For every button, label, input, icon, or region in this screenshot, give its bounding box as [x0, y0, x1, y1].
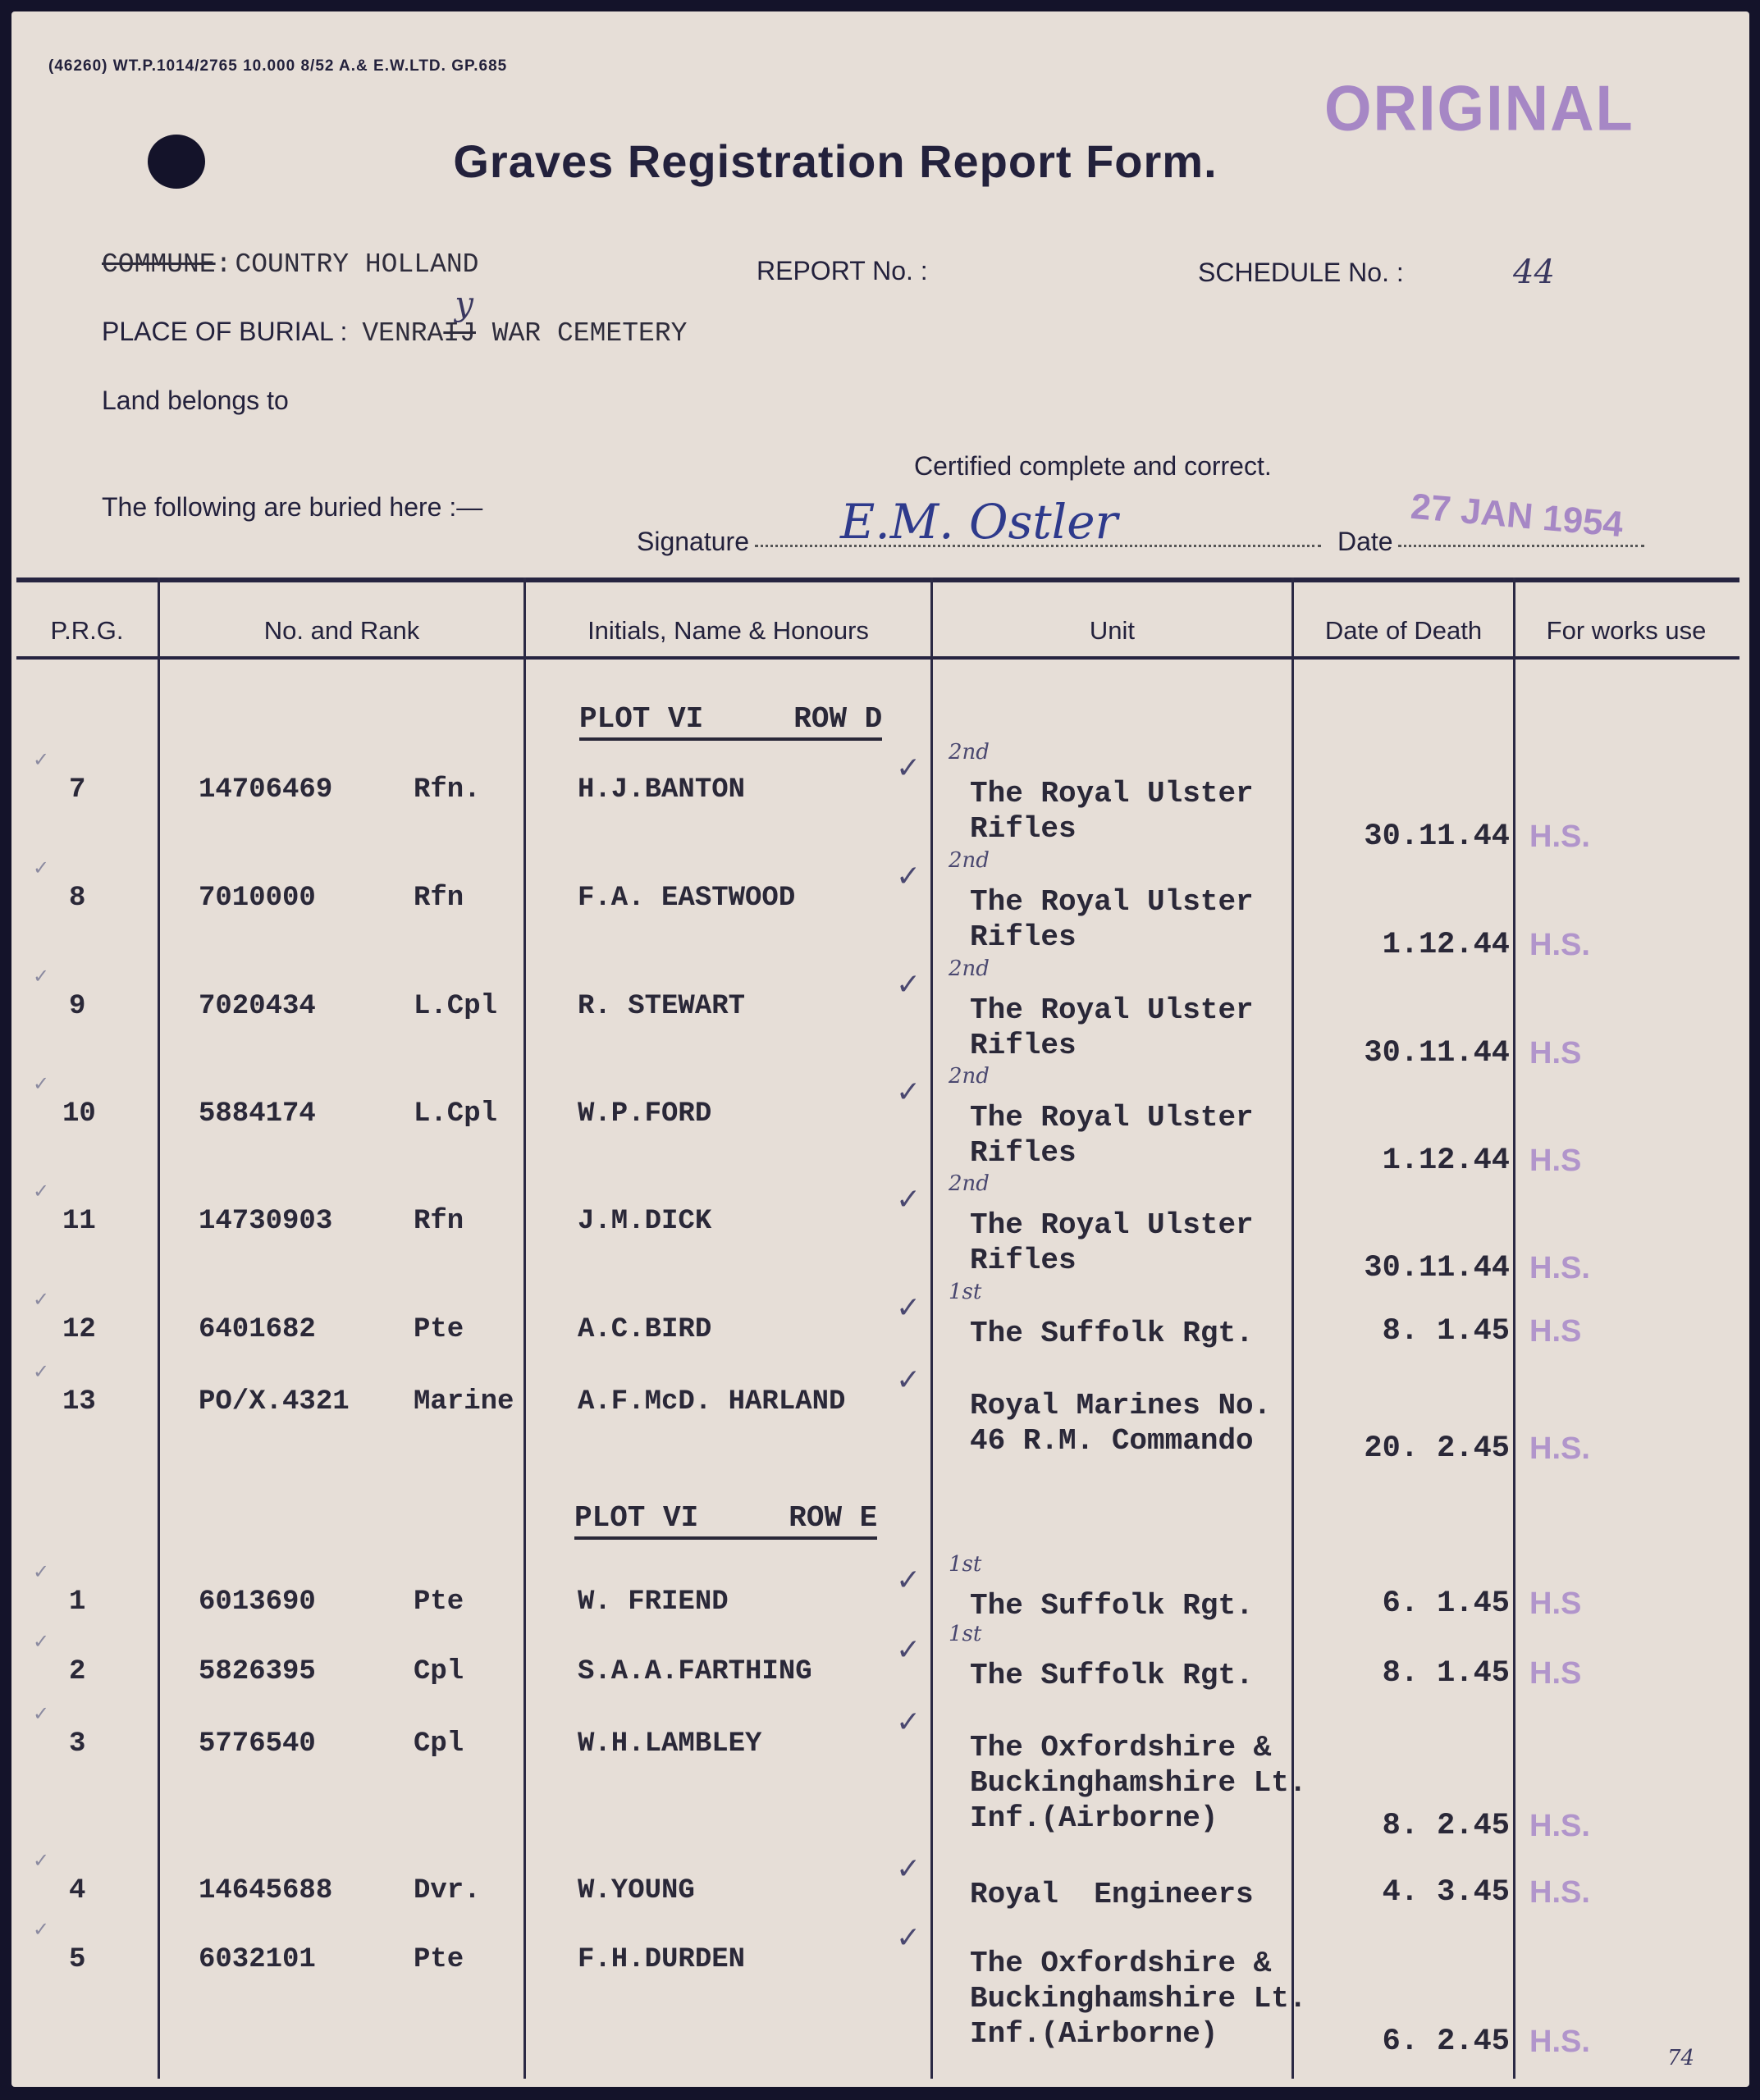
col-header-date-of-death: Date of Death	[1294, 616, 1513, 646]
works-use-stamp: H.S.	[1529, 1251, 1590, 1286]
works-use-stamp: H.S.	[1529, 2025, 1590, 2060]
rank: Pte	[414, 1314, 464, 1345]
unit-line: Rifles	[970, 920, 1254, 955]
unit-line: The Suffolk Rgt.	[970, 1658, 1254, 1693]
form-sheet: (46260) WT.P.1014/2765 10.000 8/52 A.& E…	[11, 11, 1749, 2087]
unit-line: Buckinghamshire Lt.	[970, 1765, 1306, 1801]
col-divider	[930, 577, 933, 2079]
check-mark-icon: ✓	[33, 965, 49, 988]
rank: Rfn	[414, 883, 464, 914]
works-use-stamp: H.S.	[1529, 1431, 1590, 1467]
soldier-name: W.P.FORD	[578, 1098, 711, 1130]
check-mark-icon: ✓	[33, 1072, 49, 1095]
check-mark-icon: ✓	[896, 1075, 921, 1109]
battalion-note: 1st	[949, 1622, 981, 1646]
works-use-stamp: H.S	[1529, 1036, 1581, 1071]
check-mark-icon: ✓	[896, 1564, 921, 1597]
land-belongs-label: Land belongs to	[102, 386, 289, 416]
soldier-name: H.J.BANTON	[578, 774, 745, 806]
certified-text: Certified complete and correct.	[914, 451, 1272, 482]
prg-number: 9	[69, 991, 85, 1022]
date-of-death: 1.12.44	[1288, 1144, 1510, 1178]
service-number: 6013690	[199, 1586, 316, 1618]
col-divider	[523, 577, 526, 2079]
unit: The Royal UlsterRifles	[970, 884, 1254, 955]
handwritten-correction: y	[455, 285, 473, 323]
battalion-note: 2nd	[949, 1171, 990, 1196]
prg-number: 5	[69, 1944, 85, 1975]
unit: Royal Engineers	[970, 1877, 1254, 1912]
unit-line: Rifles	[970, 811, 1254, 847]
check-mark-icon: ✓	[896, 1852, 921, 1886]
soldier-name: R. STEWART	[578, 991, 745, 1022]
check-mark-icon: ✓	[33, 856, 49, 879]
date-of-death: 20. 2.45	[1288, 1431, 1510, 1466]
works-use-stamp: H.S.	[1529, 1875, 1590, 1911]
check-mark-icon: ✓	[896, 860, 921, 893]
form-title: Graves Registration Report Form.	[11, 135, 1749, 188]
check-mark-icon: ✓	[33, 1180, 49, 1203]
col-header-prg: P.R.G.	[16, 616, 158, 646]
service-number: 7010000	[199, 883, 316, 914]
service-number: 7020434	[199, 991, 316, 1022]
soldier-name: J.M.DICK	[578, 1206, 711, 1237]
battalion-note: 1st	[949, 1280, 981, 1304]
date-of-death: 1.12.44	[1288, 928, 1510, 962]
col-header-works-use: For works use	[1515, 616, 1737, 646]
check-mark-icon: ✓	[33, 1849, 49, 1872]
unit: The Suffolk Rgt.	[970, 1316, 1254, 1351]
unit: The Royal UlsterRifles	[970, 1207, 1254, 1278]
battalion-note: 2nd	[949, 1064, 990, 1089]
battalion-note: 1st	[949, 1552, 981, 1577]
date-label: Date	[1337, 527, 1393, 557]
col-header-no-rank: No. and Rank	[160, 616, 523, 646]
works-use-stamp: H.S	[1529, 1656, 1581, 1691]
service-number: PO/X.4321	[199, 1386, 350, 1417]
works-use-stamp: H.S.	[1529, 819, 1590, 855]
check-mark-icon: ✓	[33, 1918, 49, 1941]
check-mark-icon: ✓	[896, 1705, 921, 1739]
unit-line: The Suffolk Rgt.	[970, 1316, 1254, 1351]
check-mark-icon: ✓	[896, 751, 921, 785]
signature: E.M. Ostler	[840, 494, 1118, 550]
soldier-name: S.A.A.FARTHING	[578, 1656, 812, 1687]
original-stamp: ORIGINAL	[1324, 71, 1634, 144]
rank: Dvr.	[414, 1875, 481, 1906]
service-number: 6032101	[199, 1944, 316, 1975]
service-number: 14706469	[199, 774, 332, 806]
unit-line: The Suffolk Rgt.	[970, 1588, 1254, 1623]
works-use-stamp: H.S	[1529, 1586, 1581, 1622]
service-number: 6401682	[199, 1314, 316, 1345]
soldier-name: F.A. EASTWOOD	[578, 883, 795, 914]
prg-number: 8	[69, 883, 85, 914]
rank: Pte	[414, 1944, 464, 1975]
unit: The Oxfordshire &Buckinghamshire Lt.Inf.…	[970, 1730, 1306, 1836]
rank: Cpl	[414, 1656, 464, 1687]
check-mark-icon: ✓	[896, 1921, 921, 1955]
unit-line: Buckinghamshire Lt.	[970, 1981, 1306, 2016]
works-use-stamp: H.S.	[1529, 928, 1590, 963]
unit-line: Rifles	[970, 1135, 1254, 1171]
prg-number: 1	[69, 1586, 85, 1618]
check-mark-icon: ✓	[33, 1288, 49, 1311]
soldier-name: W. FRIEND	[578, 1586, 729, 1618]
rank: L.Cpl	[414, 1098, 497, 1130]
unit-line: 46 R.M. Commando	[970, 1423, 1271, 1459]
unit-line: Rifles	[970, 1243, 1254, 1278]
prg-number: 7	[69, 774, 85, 806]
unit: The Royal UlsterRifles	[970, 1100, 1254, 1171]
unit-line: The Royal Ulster	[970, 884, 1254, 920]
soldier-name: A.C.BIRD	[578, 1314, 711, 1345]
col-header-name: Initials, Name & Honours	[526, 616, 930, 646]
battalion-note: 2nd	[949, 848, 990, 873]
unit-line: The Oxfordshire &	[970, 1946, 1306, 1981]
unit-line: Inf.(Airborne)	[970, 2016, 1306, 2052]
prg-number: 11	[62, 1206, 96, 1237]
unit-line: The Oxfordshire &	[970, 1730, 1306, 1765]
unit: The Oxfordshire &Buckinghamshire Lt.Inf.…	[970, 1946, 1306, 2052]
date-of-death: 8. 1.45	[1288, 1314, 1510, 1349]
place-label: PLACE OF BURIAL :	[102, 317, 347, 346]
rank: Rfn	[414, 1206, 464, 1237]
unit-line: The Royal Ulster	[970, 1100, 1254, 1135]
unit: The Royal UlsterRifles	[970, 776, 1254, 847]
soldier-name: W.H.LAMBLEY	[578, 1728, 761, 1760]
unit-line: The Royal Ulster	[970, 993, 1254, 1028]
rank: Pte	[414, 1586, 464, 1618]
check-mark-icon: ✓	[33, 1630, 49, 1653]
date-of-death: 30.11.44	[1288, 1251, 1510, 1285]
works-use-stamp: H.S.	[1529, 1809, 1590, 1844]
unit-line: The Royal Ulster	[970, 776, 1254, 811]
rank: Rfn.	[414, 774, 481, 806]
service-number: 5884174	[199, 1098, 316, 1130]
check-mark-icon: ✓	[896, 1183, 921, 1217]
printer-code: (46260) WT.P.1014/2765 10.000 8/52 A.& E…	[48, 57, 507, 75]
rank: Cpl	[414, 1728, 464, 1760]
soldier-name: W.YOUNG	[578, 1875, 695, 1906]
schedule-no-label: SCHEDULE No. :	[1198, 258, 1404, 288]
unit-line: Royal Marines No.	[970, 1388, 1271, 1423]
rank: L.Cpl	[414, 991, 497, 1022]
col-divider	[1513, 577, 1515, 2079]
rank: Marine	[414, 1386, 514, 1417]
unit-line: The Royal Ulster	[970, 1207, 1254, 1243]
report-no-label: REPORT No. :	[757, 256, 928, 286]
date-of-death: 30.11.44	[1288, 819, 1510, 854]
date-of-death: 6. 1.45	[1288, 1586, 1510, 1621]
commune-value: COUNTRY HOLLAND	[235, 249, 478, 280]
place-of-burial-field: PLACE OF BURIAL : VENRAIJy WAR CEMETERY	[102, 317, 687, 349]
check-mark-icon: ✓	[33, 748, 49, 771]
buried-here-label: The following are buried here :—	[102, 492, 482, 523]
service-number: 5776540	[199, 1728, 316, 1760]
date-stamp: 27 JAN 1954	[1409, 486, 1625, 546]
col-header-unit: Unit	[933, 616, 1291, 646]
unit-line: Rifles	[970, 1028, 1254, 1063]
page-note: 74	[1667, 2046, 1694, 2070]
signature-label: Signature	[637, 527, 749, 557]
battalion-note: 2nd	[949, 956, 990, 981]
commune-field: COMMUNE: COUNTRY HOLLAND	[102, 249, 479, 280]
prg-number: 12	[62, 1314, 96, 1345]
service-number: 14730903	[199, 1206, 332, 1237]
service-number: 5826395	[199, 1656, 316, 1687]
battalion-note: 2nd	[949, 740, 990, 765]
plot-heading-row-d: PLOT VIROW D	[579, 702, 882, 741]
prg-number: 4	[69, 1875, 85, 1906]
date-of-death: 4. 3.45	[1288, 1875, 1510, 1910]
prg-number: 2	[69, 1656, 85, 1687]
unit-line: Royal Engineers	[970, 1877, 1254, 1912]
date-of-death: 8. 2.45	[1288, 1809, 1510, 1843]
col-divider	[158, 577, 160, 2079]
commune-label-struck: COMMUNE	[102, 249, 216, 280]
check-mark-icon: ✓	[33, 1702, 49, 1725]
soldier-name: F.H.DURDEN	[578, 1944, 745, 1975]
unit: The Suffolk Rgt.	[970, 1588, 1254, 1623]
prg-number: 10	[62, 1098, 96, 1130]
unit: The Suffolk Rgt.	[970, 1658, 1254, 1693]
unit: Royal Marines No.46 R.M. Commando	[970, 1388, 1271, 1459]
check-mark-icon: ✓	[33, 1560, 49, 1583]
date-of-death: 30.11.44	[1288, 1036, 1510, 1071]
check-mark-icon: ✓	[896, 1633, 921, 1667]
date-of-death: 6. 2.45	[1288, 2025, 1510, 2059]
table-top-rule	[16, 577, 1739, 582]
unit-line: Inf.(Airborne)	[970, 1801, 1306, 1836]
schedule-no-value: 44	[1513, 253, 1555, 291]
table-header-rule	[16, 656, 1739, 660]
soldier-name: A.F.McD. HARLAND	[578, 1386, 845, 1417]
check-mark-icon: ✓	[896, 1363, 921, 1397]
prg-number: 3	[69, 1728, 85, 1760]
check-mark-icon: ✓	[896, 968, 921, 1002]
unit: The Royal UlsterRifles	[970, 993, 1254, 1063]
date-of-death: 8. 1.45	[1288, 1656, 1510, 1691]
plot-heading-row-e: PLOT VIROW E	[574, 1501, 877, 1540]
service-number: 14645688	[199, 1875, 332, 1906]
works-use-stamp: H.S	[1529, 1144, 1581, 1179]
works-use-stamp: H.S	[1529, 1314, 1581, 1349]
check-mark-icon: ✓	[33, 1360, 49, 1383]
date-line	[1398, 545, 1644, 547]
prg-number: 13	[62, 1386, 96, 1417]
check-mark-icon: ✓	[896, 1291, 921, 1325]
